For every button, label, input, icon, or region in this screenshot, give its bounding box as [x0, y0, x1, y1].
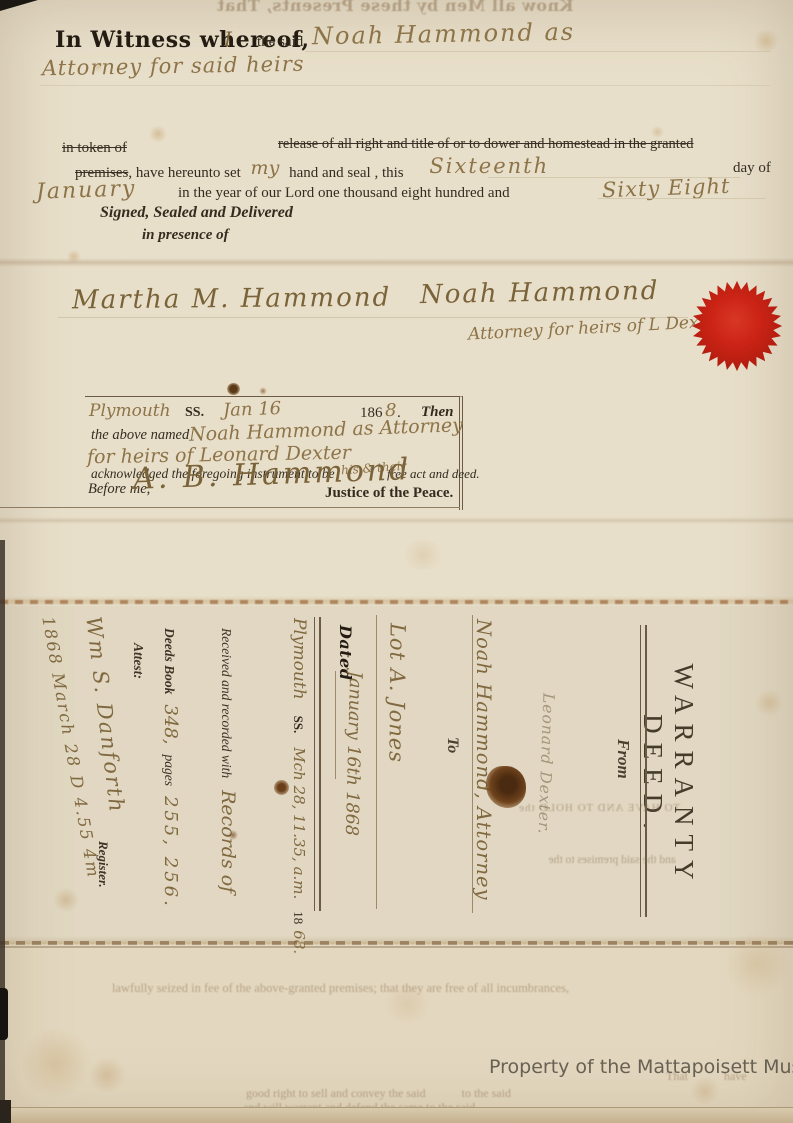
scan-edge-blob [0, 988, 8, 1040]
bleedthrough-frag1: TO HAVE AND TO HOLD the [518, 802, 680, 814]
museum-watermark: Property of the Mattapoisett Museum [489, 1056, 793, 1078]
stitch-line-shadow [0, 946, 793, 948]
docket-section-rule [314, 617, 321, 911]
docket-grantee-name: Lot A. Jones [384, 623, 409, 763]
stain [756, 688, 782, 718]
docket-received-line1: Plymouth SS. Mch 28, 11.35, a.m. 18 68. [289, 618, 309, 954]
witness-signature: Martha M. Hammond [72, 283, 391, 316]
acknowledgment-block: Plymouth SS. Jan 16 186 8 . Then the abo… [85, 396, 463, 510]
docket-hw-pages: 255, 256. [160, 796, 181, 909]
crease-line [0, 258, 793, 267]
fold-shadow [0, 596, 793, 606]
docket-hw-county: Plymouth [289, 618, 309, 700]
docket-hw-time: Mch 28, 11.35, a.m. [290, 747, 308, 899]
ruled-line [305, 51, 770, 52]
ruled-line [598, 198, 766, 199]
stain [66, 250, 82, 263]
docket-panel: WARRANTY DEED. From Leonard Dexter. Noah… [5, 613, 705, 943]
stain [227, 383, 240, 395]
grantor-signature: Noah Hammond [420, 276, 660, 310]
hw-my: my [251, 157, 280, 179]
hw-grantor-name: Noah Hammond as [312, 18, 576, 51]
wax-seal [689, 278, 785, 374]
bleedthrough-frag-wrap: TO HAVE AND TO HOLD the [540, 798, 680, 816]
docket-hw-year: 68. [290, 930, 308, 954]
scan-edge-bottom-left [0, 1100, 11, 1123]
docket-book-line: Deeds Book 348, pages 255, 256. [160, 628, 181, 909]
docket-received-line2: Received and recorded with Records of [217, 628, 239, 893]
fold-rust-line [0, 600, 793, 604]
docket-hw-date: January 16th 1868 [341, 671, 365, 836]
deed-page: Know all Men by these Presents, That In … [0, 0, 793, 1123]
bleedthrough-frag6: and will warrant and defend the same to … [243, 1100, 475, 1115]
crease-line [0, 517, 793, 524]
docket-to-label: To [443, 737, 461, 753]
in-presence-label: in presence of [142, 227, 229, 244]
stain [148, 126, 168, 142]
docket-grantee-line [376, 615, 377, 909]
hand-and-seal-text: hand and seal , this [289, 165, 404, 181]
docket-grantor-name: Noah Hammond, Attorney [472, 619, 495, 901]
seal-clause-line: premises, have hereunto set my hand and … [75, 158, 549, 182]
have-hereunto-text: , have hereunto set [128, 165, 240, 181]
bleedthrough-frag3: lawfully seized in fee of the above-gran… [112, 981, 569, 996]
docket-grantor-line [472, 615, 473, 913]
docket-title-rule [640, 625, 647, 917]
docket-register-signature: Wm S. Danforth [81, 615, 129, 815]
docket-book-label: Deeds Book [162, 628, 177, 694]
docket-pages-label: pages [162, 754, 177, 786]
docket-printed-year: 18 [291, 911, 306, 924]
docket-attest-label: Attest: [130, 643, 146, 679]
scan-edge-top-left [0, 0, 38, 11]
stain [259, 387, 267, 395]
ruled-line [40, 85, 770, 86]
struck-release-clause: release of all right and title of or to … [278, 136, 694, 153]
hw-grantor-name-line2: Attorney for said heirs [42, 52, 305, 81]
bleedthrough-heading: Know all Men by these Presents, That [216, 0, 573, 15]
docket-hw-book: 348, [160, 704, 181, 744]
day-of-label: day of [733, 160, 771, 177]
bleedthrough-frag-wrap: and the said premises to the [556, 850, 676, 868]
stain [400, 540, 446, 570]
ack-above-named: the above named [91, 427, 189, 444]
the-said-label: the said [257, 34, 303, 51]
ack-hw-date: Jan 16 [223, 398, 282, 421]
ack-hw-county: Plymouth [89, 401, 171, 421]
struck-token-clause: in token of [62, 140, 127, 157]
stain [86, 1058, 128, 1092]
signed-sealed-label: Signed, Sealed and Delivered [100, 204, 293, 222]
bleedthrough-frag2: and the said premises to the [549, 854, 676, 866]
docket-ss-label: SS. [291, 716, 306, 734]
ack-bottom-rule [0, 507, 460, 508]
stain [726, 928, 788, 1000]
docket-from-label: From [613, 739, 633, 779]
docket-dated-line [335, 671, 336, 779]
wax-seal-svg [689, 278, 785, 374]
docket-received-label: Received and recorded with [219, 628, 234, 778]
hw-sixteenth: Sixteenth [429, 154, 549, 178]
docket-hw-records: Records of [217, 790, 239, 893]
bleedthrough-heading-wrap: Know all Men by these Presents, That [70, 0, 720, 16]
year-printed-text: in the year of our Lord one thousand eig… [178, 185, 510, 202]
jp-title: Justice of the Peace. [325, 485, 453, 502]
stain [752, 30, 780, 52]
stain [18, 1028, 94, 1098]
hw-pronoun: I [224, 27, 232, 51]
hw-january: January [36, 176, 137, 204]
ack-ss-label: SS. [185, 405, 204, 421]
bleedthrough-frag5: good right to sell and convey the said t… [246, 1086, 511, 1101]
